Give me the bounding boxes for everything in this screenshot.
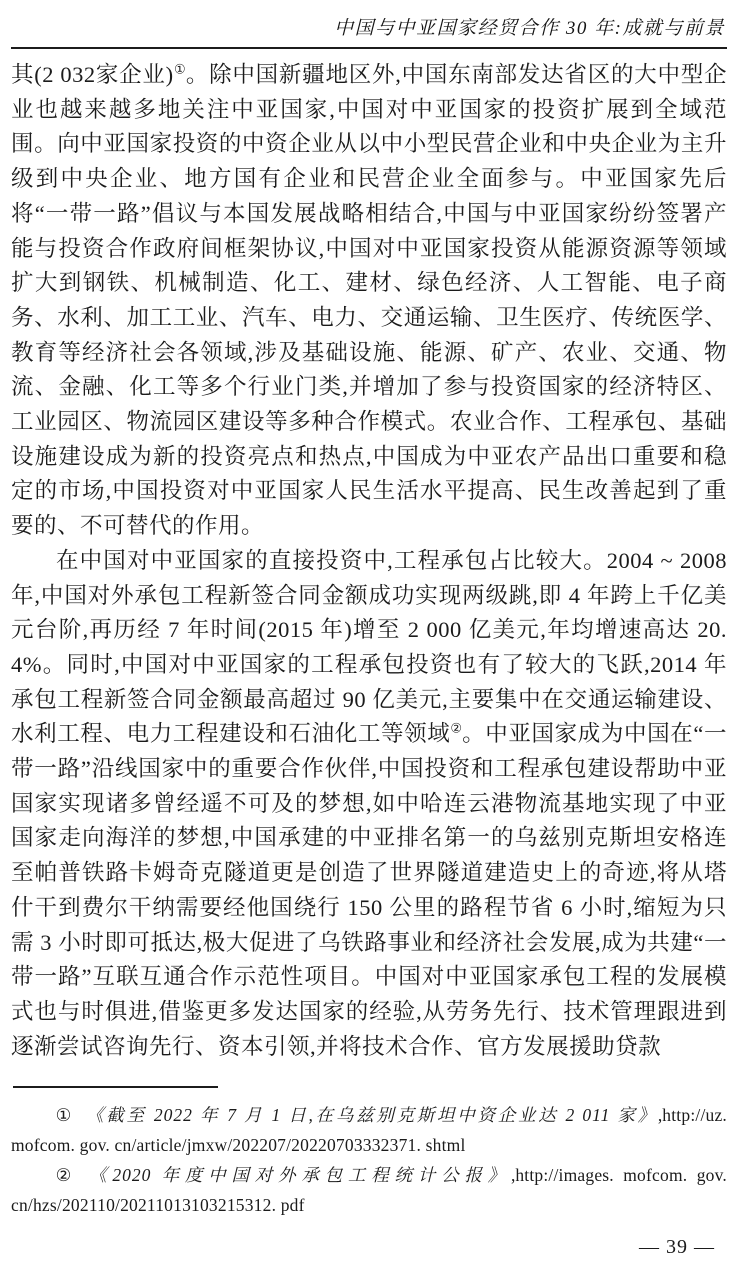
footnote-title: 《2020 年度中国对外承包工程统计公报》 xyxy=(89,1165,511,1185)
footnote-marker: ① xyxy=(56,1105,73,1125)
paragraph-text: 其(2 032家企业) xyxy=(11,62,174,87)
header-rule xyxy=(11,47,727,49)
footnote-ref-2: ② xyxy=(450,721,462,736)
running-header: 中国与中亚国家经贸合作 30 年:成就与前景 xyxy=(11,16,727,42)
paragraph-text: 。除中国新疆地区外,中国东南部发达省区的大中型企业也越来越多地关注中亚国家,中国… xyxy=(11,62,727,538)
page-number: — 39 — xyxy=(11,1236,727,1259)
paragraph: 在中国对中亚国家的直接投资中,工程承包占比较大。2004 ~ 2008 年,中国… xyxy=(11,544,727,1065)
footnotes: ①《截至 2022 年 7 月 1 日,在乌兹别克斯坦中资企业达 2 011 家… xyxy=(11,1100,727,1220)
running-header-title: 中国与中亚国家经贸合作 30 年:成就与前景 xyxy=(334,18,725,39)
paragraph-text: 在中国对中亚国家的直接投资中,工程承包占比较大。2004 ~ 2008 年,中国… xyxy=(11,548,727,747)
body-text: 其(2 032家企业)①。除中国新疆地区外,中国东南部发达省区的大中型企业也越来… xyxy=(11,58,727,1064)
paragraph: 其(2 032家企业)①。除中国新疆地区外,中国东南部发达省区的大中型企业也越来… xyxy=(11,58,727,544)
footnote-marker: ② xyxy=(56,1165,76,1185)
footnote-separator xyxy=(13,1086,218,1088)
footnote-2: ②《2020 年度中国对外承包工程统计公报》,http://images. mo… xyxy=(11,1160,727,1220)
footnote-ref-1: ① xyxy=(174,62,186,77)
paragraph-text: 。中亚国家成为中国在“一带一路”沿线国家中的重要合作伙伴,中国投资和工程承包建设… xyxy=(11,721,727,1058)
footnote-1: ①《截至 2022 年 7 月 1 日,在乌兹别克斯坦中资企业达 2 011 家… xyxy=(11,1100,727,1160)
footnote-title: 《截至 2022 年 7 月 1 日,在乌兹别克斯坦中资企业达 2 011 家》 xyxy=(86,1105,658,1125)
document-page: 中国与中亚国家经贸合作 30 年:成就与前景 其(2 032家企业)①。除中国新… xyxy=(0,0,738,1264)
